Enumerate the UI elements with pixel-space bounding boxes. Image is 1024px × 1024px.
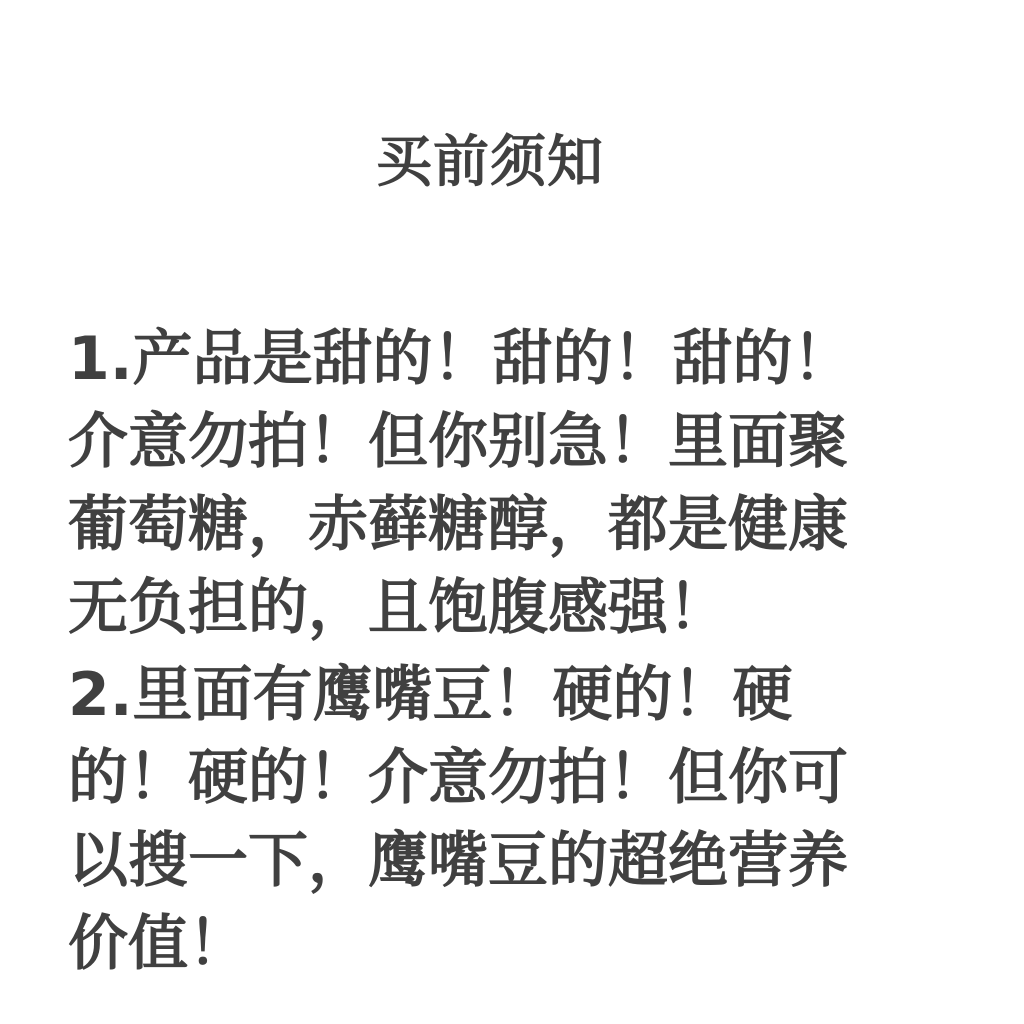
- notice-line: 无负担的，且饱腹感强！: [68, 567, 968, 650]
- notice-line: 以搜一下，鹰嘴豆的超绝营养: [68, 820, 968, 903]
- notice-line: 介意勿拍！但你别急！里面聚: [68, 401, 968, 484]
- notice-line: 价值！: [68, 903, 968, 986]
- notice-line: 1.产品是甜的！甜的！甜的！: [68, 318, 968, 401]
- notice-item-1: 1.产品是甜的！甜的！甜的！ 介意勿拍！但你别急！里面聚 葡萄糖，赤藓糖醇，都是…: [68, 318, 968, 650]
- notice-line: 的！硬的！介意勿拍！但你可: [68, 737, 968, 820]
- page-title: 买前须知: [0, 128, 980, 198]
- notice-line: 2.里面有鹰嘴豆！硬的！硬: [68, 654, 968, 737]
- notice-line: 葡萄糖，赤藓糖醇，都是健康: [68, 484, 968, 567]
- notice-content: 1.产品是甜的！甜的！甜的！ 介意勿拍！但你别急！里面聚 葡萄糖，赤藓糖醇，都是…: [68, 318, 968, 986]
- notice-item-2: 2.里面有鹰嘴豆！硬的！硬 的！硬的！介意勿拍！但你可 以搜一下，鹰嘴豆的超绝营…: [68, 654, 968, 986]
